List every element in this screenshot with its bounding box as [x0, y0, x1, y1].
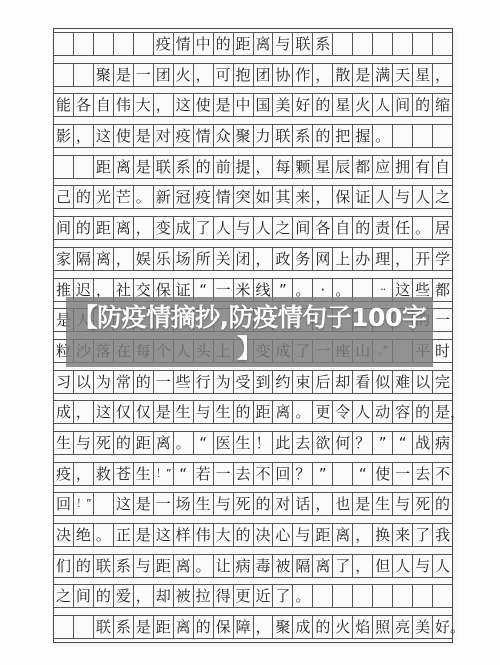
grid-cell: 的: [94, 585, 113, 607]
grid-cell: 使: [194, 94, 213, 116]
grid-cell: 大: [214, 524, 233, 546]
caption-banner: 【防疫情摘抄,防疫情句子100字 】: [66, 297, 433, 367]
grid-cell: 病: [234, 555, 253, 577]
essay-row: 之间的爱，却被拉得更近了。: [54, 584, 452, 608]
grid-cell: 了: [333, 555, 352, 577]
grid-cell: 务: [293, 248, 312, 270]
grid-cell: ”: [313, 463, 332, 485]
grid-cell: 情: [174, 33, 193, 55]
grid-cell: 能: [54, 94, 73, 116]
grid-cell: 束: [293, 371, 312, 393]
grid-cell: 的: [114, 432, 133, 454]
grid-cell: 众: [214, 125, 233, 147]
grid-cell: 疫: [154, 33, 173, 55]
grid-cell: 的: [194, 156, 213, 178]
caption-text-line2: 】: [237, 334, 262, 364]
grid-cell: 与: [413, 555, 432, 577]
grid-cell: [413, 33, 432, 55]
grid-cell: 人: [433, 555, 452, 577]
grid-cell: 些: [174, 371, 193, 393]
grid-cell: 所: [194, 248, 213, 270]
grid-cell: 对: [154, 125, 173, 147]
grid-cell: 拉: [194, 585, 213, 607]
grid-cell: 一: [154, 371, 173, 393]
grid-cell: 与: [134, 555, 153, 577]
grid-cell: ，: [74, 401, 93, 423]
grid-cell: 满: [373, 64, 392, 86]
grid-cell: 场: [174, 248, 193, 270]
grid-cell: 去: [413, 463, 432, 485]
grid-cell: 照: [373, 616, 392, 638]
grid-cell: 其: [273, 186, 292, 208]
grid-cell: 人: [413, 186, 432, 208]
grid-cell: 绝: [74, 524, 93, 546]
grid-cell: 火: [174, 64, 193, 86]
grid-cell: [393, 125, 412, 147]
grid-cell: 离: [154, 432, 173, 454]
grid-cell: 拥: [393, 156, 412, 178]
grid-cell: [353, 33, 372, 55]
grid-cell: “: [393, 432, 412, 454]
grid-cell: 把: [333, 125, 352, 147]
grid-cell: 以: [74, 371, 93, 393]
grid-cell: 是: [134, 524, 153, 546]
grid-cell: 离: [333, 524, 352, 546]
grid-cell: ，: [313, 493, 332, 515]
essay-row: 决绝。正是这样伟大的决心与距离，换来了我: [54, 523, 452, 547]
grid-cell: 联: [154, 156, 173, 178]
grid-cell: 影: [54, 125, 73, 147]
grid-cell: 到: [254, 371, 273, 393]
grid-cell: 聚: [273, 616, 292, 638]
grid-cell: 聚: [234, 125, 253, 147]
grid-cell: [393, 585, 412, 607]
grid-cell: ，: [154, 94, 173, 116]
grid-cell: 可: [214, 64, 233, 86]
grid-cell: 来: [293, 186, 312, 208]
grid-cell: 仅: [114, 401, 133, 423]
grid-cell: ，: [433, 64, 452, 86]
grid-cell: 行: [194, 371, 213, 393]
grid-cell: 离: [94, 248, 113, 270]
grid-cell: 的: [353, 217, 372, 239]
grid-cell: 一: [214, 463, 233, 485]
grid-cell: 亮: [393, 616, 412, 638]
grid-cell: 爱: [114, 585, 133, 607]
grid-cell: 火: [333, 616, 352, 638]
grid-cell: 都: [433, 279, 452, 301]
grid-cell: 间: [293, 217, 312, 239]
grid-cell: ，: [254, 156, 273, 178]
grid-cell: 各: [313, 217, 332, 239]
grid-cell: 毒: [254, 555, 273, 577]
grid-cell: 协: [273, 64, 292, 86]
grid-cell: 距: [254, 401, 273, 423]
grid-cell: 死: [234, 493, 253, 515]
grid-cell: 。: [94, 524, 113, 546]
grid-cell: 不: [254, 463, 273, 485]
grid-cell: 时: [433, 340, 452, 362]
grid-cell: ，: [254, 616, 273, 638]
overflow-mark: 。: [450, 616, 465, 637]
photo-canvas: 疫情中的距离与联系聚是一团火，可抱团协作，散是满天星，能各自伟大，这使是中国美好…: [0, 0, 500, 665]
grid-cell: [134, 33, 153, 55]
grid-cell: 们: [54, 555, 73, 577]
grid-cell: 之: [433, 186, 452, 208]
grid-cell: 距: [154, 555, 173, 577]
grid-cell: ！”: [154, 463, 173, 485]
grid-cell: 被: [273, 555, 292, 577]
grid-cell: 是: [154, 401, 173, 423]
grid-cell: 样: [174, 524, 193, 546]
grid-cell: 人: [373, 94, 392, 116]
grid-cell: 如: [254, 186, 273, 208]
grid-cell: 天: [393, 64, 412, 86]
grid-cell: 颗: [293, 156, 312, 178]
grid-cell: 星: [333, 94, 352, 116]
grid-cell: 场: [174, 493, 193, 515]
grid-cell: 作: [293, 64, 312, 86]
grid-cell: 与: [234, 217, 253, 239]
grid-cell: 得: [214, 585, 233, 607]
essay-row: 疫，救苍生！”“若一去不回？”“使一去不: [54, 462, 452, 486]
grid-cell: 的: [413, 401, 432, 423]
grid-cell: 一: [433, 309, 452, 331]
grid-cell: 美: [273, 94, 292, 116]
grid-cell: 生: [134, 463, 153, 485]
grid-cell: 了: [194, 217, 213, 239]
grid-cell: 约: [273, 371, 292, 393]
grid-cell: 隔: [293, 555, 312, 577]
grid-cell: 的: [254, 493, 273, 515]
grid-cell: 中: [194, 33, 213, 55]
grid-cell: 大: [134, 94, 153, 116]
grid-cell: 团: [254, 64, 273, 86]
grid-cell: 距: [154, 616, 173, 638]
grid-cell: 伟: [194, 524, 213, 546]
grid-cell: 救: [94, 463, 113, 485]
grid-cell: 仅: [134, 401, 153, 423]
grid-cell: 看: [353, 371, 372, 393]
grid-cell: ？: [353, 432, 372, 454]
grid-cell: 动: [373, 401, 392, 423]
grid-cell: 居: [433, 217, 452, 239]
grid-cell: 的: [214, 33, 233, 55]
essay-row: 能各自伟大，这使是中国美好的星火人间的缩: [54, 93, 452, 117]
grid-cell: 距: [234, 33, 253, 55]
grid-cell: 之: [273, 217, 292, 239]
grid-cell: 系: [174, 156, 193, 178]
grid-cell: 的: [234, 401, 253, 423]
grid-cell: 的: [413, 94, 432, 116]
grid-cell: 回: [273, 463, 292, 485]
grid-cell: 隔: [74, 248, 93, 270]
grid-cell: 心: [273, 524, 292, 546]
grid-cell: 是: [134, 156, 153, 178]
grid-cell: 与: [293, 524, 312, 546]
grid-cell: 令: [333, 401, 352, 423]
grid-cell: 这: [94, 125, 113, 147]
grid-cell: ！”: [74, 493, 93, 515]
grid-cell: 战: [413, 432, 432, 454]
grid-cell: 提: [234, 156, 253, 178]
grid-cell: ”: [373, 432, 392, 454]
grid-cell: ，: [313, 64, 332, 86]
grid-cell: 缩: [433, 94, 452, 116]
grid-cell: 使: [114, 125, 133, 147]
essay-row: 联系是距离的保障，聚成的火焰照亮美好。: [54, 615, 452, 639]
grid-cell: 让: [214, 555, 233, 577]
grid-cell: 网: [313, 248, 332, 270]
grid-cell: 好: [293, 94, 312, 116]
grid-cell: [54, 64, 73, 86]
grid-cell: 换: [373, 524, 392, 546]
grid-cell: 这: [174, 94, 193, 116]
grid-cell: 光: [94, 186, 113, 208]
grid-cell: 的: [313, 125, 332, 147]
grid-cell: 来: [393, 524, 412, 546]
grid-cell: ，: [134, 217, 153, 239]
grid-cell: 芒: [114, 186, 133, 208]
grid-cell: 。: [174, 432, 193, 454]
essay-row: 距离是联系的前提，每颗星辰都应拥有自: [54, 155, 452, 179]
grid-cell: 常: [114, 371, 133, 393]
grid-cell: [74, 616, 93, 638]
grid-cell: 离: [174, 616, 193, 638]
grid-cell: 但: [373, 555, 392, 577]
grid-cell: 若: [194, 463, 213, 485]
essay-row: 们的联系与距离。让病毒被隔离了，但人与人: [54, 554, 452, 578]
grid-cell: 间: [74, 585, 93, 607]
grid-cell: 成: [293, 616, 312, 638]
grid-cell: 证: [353, 186, 372, 208]
grid-cell: 伟: [114, 94, 133, 116]
grid-cell: 联: [94, 616, 113, 638]
essay-row: 成，这仅仅是生与生的距离。更令人动容的是，: [54, 400, 452, 424]
grid-cell: 容: [393, 401, 412, 423]
grid-cell: ，: [254, 248, 273, 270]
grid-cell: 生: [214, 401, 233, 423]
grid-cell: [433, 125, 452, 147]
grid-cell: 一: [134, 64, 153, 86]
grid-cell: 情: [214, 186, 233, 208]
grid-cell: 的: [194, 616, 213, 638]
grid-cell: [313, 585, 332, 607]
grid-cell: 情: [194, 125, 213, 147]
grid-cell: ，: [313, 186, 332, 208]
grid-cell: 星: [413, 64, 432, 86]
grid-cell: 的: [433, 493, 452, 515]
grid-cell: 中: [234, 94, 253, 116]
grid-cell: 系: [313, 33, 332, 55]
grid-cell: 去: [234, 463, 253, 485]
grid-cell: 距: [134, 432, 153, 454]
grid-cell: 自: [94, 94, 113, 116]
grid-cell: 。: [413, 217, 432, 239]
grid-cell: 团: [154, 64, 173, 86]
grid-cell: 距: [313, 524, 332, 546]
grid-cell: 受: [234, 371, 253, 393]
grid-cell: 娱: [134, 248, 153, 270]
grid-cell: 之: [54, 585, 73, 607]
grid-cell: 一: [393, 463, 412, 485]
grid-cell: [74, 33, 93, 55]
grid-cell: 为: [94, 371, 113, 393]
grid-cell: 新: [154, 186, 173, 208]
grid-cell: 似: [373, 371, 392, 393]
grid-cell: 何: [333, 432, 352, 454]
grid-cell: 人: [373, 186, 392, 208]
essay-row: 疫情中的距离与联系: [54, 32, 452, 56]
grid-cell: ，: [194, 64, 213, 86]
grid-cell: “: [174, 463, 193, 485]
grid-cell: [74, 156, 93, 178]
grid-cell: 办: [353, 248, 372, 270]
grid-cell: 人: [214, 217, 233, 239]
grid-cell: 话: [293, 493, 312, 515]
grid-cell: 我: [433, 524, 452, 546]
grid-cell: ，: [74, 463, 93, 485]
grid-cell: 这: [94, 401, 113, 423]
grid-cell: 都: [353, 156, 372, 178]
grid-cell: 不: [433, 463, 452, 485]
grid-cell: 生: [54, 432, 73, 454]
grid-cell: 离: [313, 555, 332, 577]
essay-row: 己的光芒。新冠疫情突如其来，保证人与人之: [54, 185, 452, 209]
grid-cell: 完: [433, 371, 452, 393]
grid-cell: 是: [353, 493, 372, 515]
grid-cell: 距: [94, 217, 113, 239]
grid-cell: 上: [333, 248, 352, 270]
grid-cell: 生: [234, 432, 253, 454]
grid-cell: [373, 33, 392, 55]
grid-cell: 责: [373, 217, 392, 239]
caption-text-line1: 【防疫情摘抄,防疫情句子100字: [73, 301, 427, 334]
grid-cell: 系: [293, 125, 312, 147]
grid-cell: 疫: [194, 186, 213, 208]
grid-cell: 与: [74, 432, 93, 454]
grid-cell: 的: [134, 371, 153, 393]
grid-cell: 每: [273, 156, 292, 178]
essay-row: 间的距离，变成了人与人之间各自的责任。居: [54, 216, 452, 240]
grid-cell: 间: [54, 217, 73, 239]
grid-cell: 人: [254, 217, 273, 239]
grid-cell: 。: [373, 125, 392, 147]
grid-cell: 欲: [313, 432, 332, 454]
grid-cell: ，: [353, 524, 372, 546]
grid-cell: 人: [393, 555, 412, 577]
grid-cell: 关: [214, 248, 233, 270]
grid-cell: [413, 125, 432, 147]
grid-cell: 决: [54, 524, 73, 546]
essay-row: 家隔离，娱乐场所关闭，政务网上办理，开学: [54, 247, 452, 271]
grid-cell: 政: [273, 248, 292, 270]
grid-cell: 医: [214, 432, 233, 454]
grid-cell: 美: [413, 616, 432, 638]
grid-cell: 握: [353, 125, 372, 147]
grid-cell: 与: [214, 493, 233, 515]
grid-cell: 后: [313, 371, 332, 393]
grid-cell: 这: [114, 493, 133, 515]
grid-cell: 学: [433, 248, 452, 270]
grid-cell: 闭: [234, 248, 253, 270]
grid-cell: 去: [293, 432, 312, 454]
grid-cell: 此: [273, 432, 292, 454]
grid-cell: 决: [254, 524, 273, 546]
grid-cell: 与: [194, 401, 213, 423]
grid-cell: 与: [393, 493, 412, 515]
grid-cell: 开: [413, 248, 432, 270]
grid-cell: 冠: [174, 186, 193, 208]
grid-cell: 更: [234, 585, 253, 607]
grid-cell: 对: [273, 493, 292, 515]
grid-cell: 离: [254, 33, 273, 55]
grid-cell: 近: [254, 585, 273, 607]
grid-cell: 离: [114, 156, 133, 178]
grid-cell: [433, 33, 452, 55]
grid-cell: ？: [293, 463, 312, 485]
grid-cell: [74, 64, 93, 86]
grid-cell: 间: [393, 94, 412, 116]
grid-cell: 生: [194, 493, 213, 515]
grid-cell: 。: [194, 555, 213, 577]
grid-cell: 苍: [114, 463, 133, 485]
grid-cell: 的: [74, 555, 93, 577]
grid-cell: 生: [174, 401, 193, 423]
grid-cell: 疫: [174, 125, 193, 147]
essay-row: 回！”这是一场生与死的对话，也是生与死的: [54, 492, 452, 516]
grid-cell: 成: [54, 401, 73, 423]
grid-cell: 了: [413, 524, 432, 546]
grid-cell: 习: [54, 371, 73, 393]
grid-cell: [94, 33, 113, 55]
grid-cell: 为: [214, 371, 233, 393]
essay-row: 习以为常的一些行为受到约束后却看似难以完: [54, 370, 452, 394]
grid-cell: 突: [234, 186, 253, 208]
grid-cell: 保: [333, 186, 352, 208]
grid-cell: 的: [313, 94, 332, 116]
grid-cell: 联: [273, 125, 292, 147]
grid-cell: ，: [114, 248, 133, 270]
grid-cell: 是: [353, 64, 372, 86]
overflow-mark: ，: [450, 401, 465, 422]
grid-cell: 更: [313, 401, 332, 423]
grid-cell: 离: [273, 401, 292, 423]
grid-cell: [433, 585, 452, 607]
grid-cell: 火: [353, 94, 372, 116]
grid-cell: 力: [254, 125, 273, 147]
grid-cell: 家: [54, 248, 73, 270]
grid-cell: [353, 585, 372, 607]
grid-cell: [373, 585, 392, 607]
grid-cell: [94, 493, 113, 515]
grid-cell: 辰: [333, 156, 352, 178]
grid-cell: 有: [413, 156, 432, 178]
grid-cell: 星: [313, 156, 332, 178]
grid-cell: [413, 585, 432, 607]
grid-cell: 障: [234, 616, 253, 638]
grid-cell: 焰: [353, 616, 372, 638]
grid-cell: “: [194, 432, 213, 454]
grid-cell: 前: [214, 156, 233, 178]
grid-cell: 的: [74, 217, 93, 239]
grid-cell: 与: [273, 33, 292, 55]
grid-cell: [114, 33, 133, 55]
grid-cell: 的: [74, 186, 93, 208]
grid-cell: 。: [293, 401, 312, 423]
grid-cell: ，: [74, 125, 93, 147]
grid-cell: 。: [293, 585, 312, 607]
